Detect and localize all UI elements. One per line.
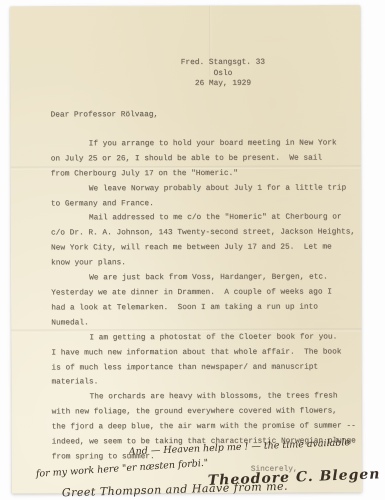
letter-photo: Fred. Stangsgt. 33 Oslo 26 May, 1929 Dea… [0,0,385,500]
letter-body: Dear Professor Rölvaag, If you arrange t… [51,107,360,465]
paragraph-3: Mail addressed to me c/o the "Homeric" a… [51,211,359,272]
photo-background: { "colors": { "paper": "#ece3c8", "typed… [0,0,385,500]
paragraph-2: We leave Norway probably about July 1 fo… [51,181,359,212]
sender-address-block: Fred. Stangsgt. 33 Oslo 26 May, 1929 [160,58,285,90]
letter-paper: Fred. Stangsgt. 33 Oslo 26 May, 1929 Dea… [10,5,362,493]
paragraph-1: If you arrange to hold your board meetin… [51,136,359,182]
paragraph-5: I am getting a photostat of the Cloeter … [51,330,359,391]
salutation: Dear Professor Rölvaag, [51,107,359,123]
postscript-note: Greet Thompson and Haave from me. [62,480,289,500]
paragraph-4: We are just back from Voss, Hardanger, B… [51,270,359,331]
